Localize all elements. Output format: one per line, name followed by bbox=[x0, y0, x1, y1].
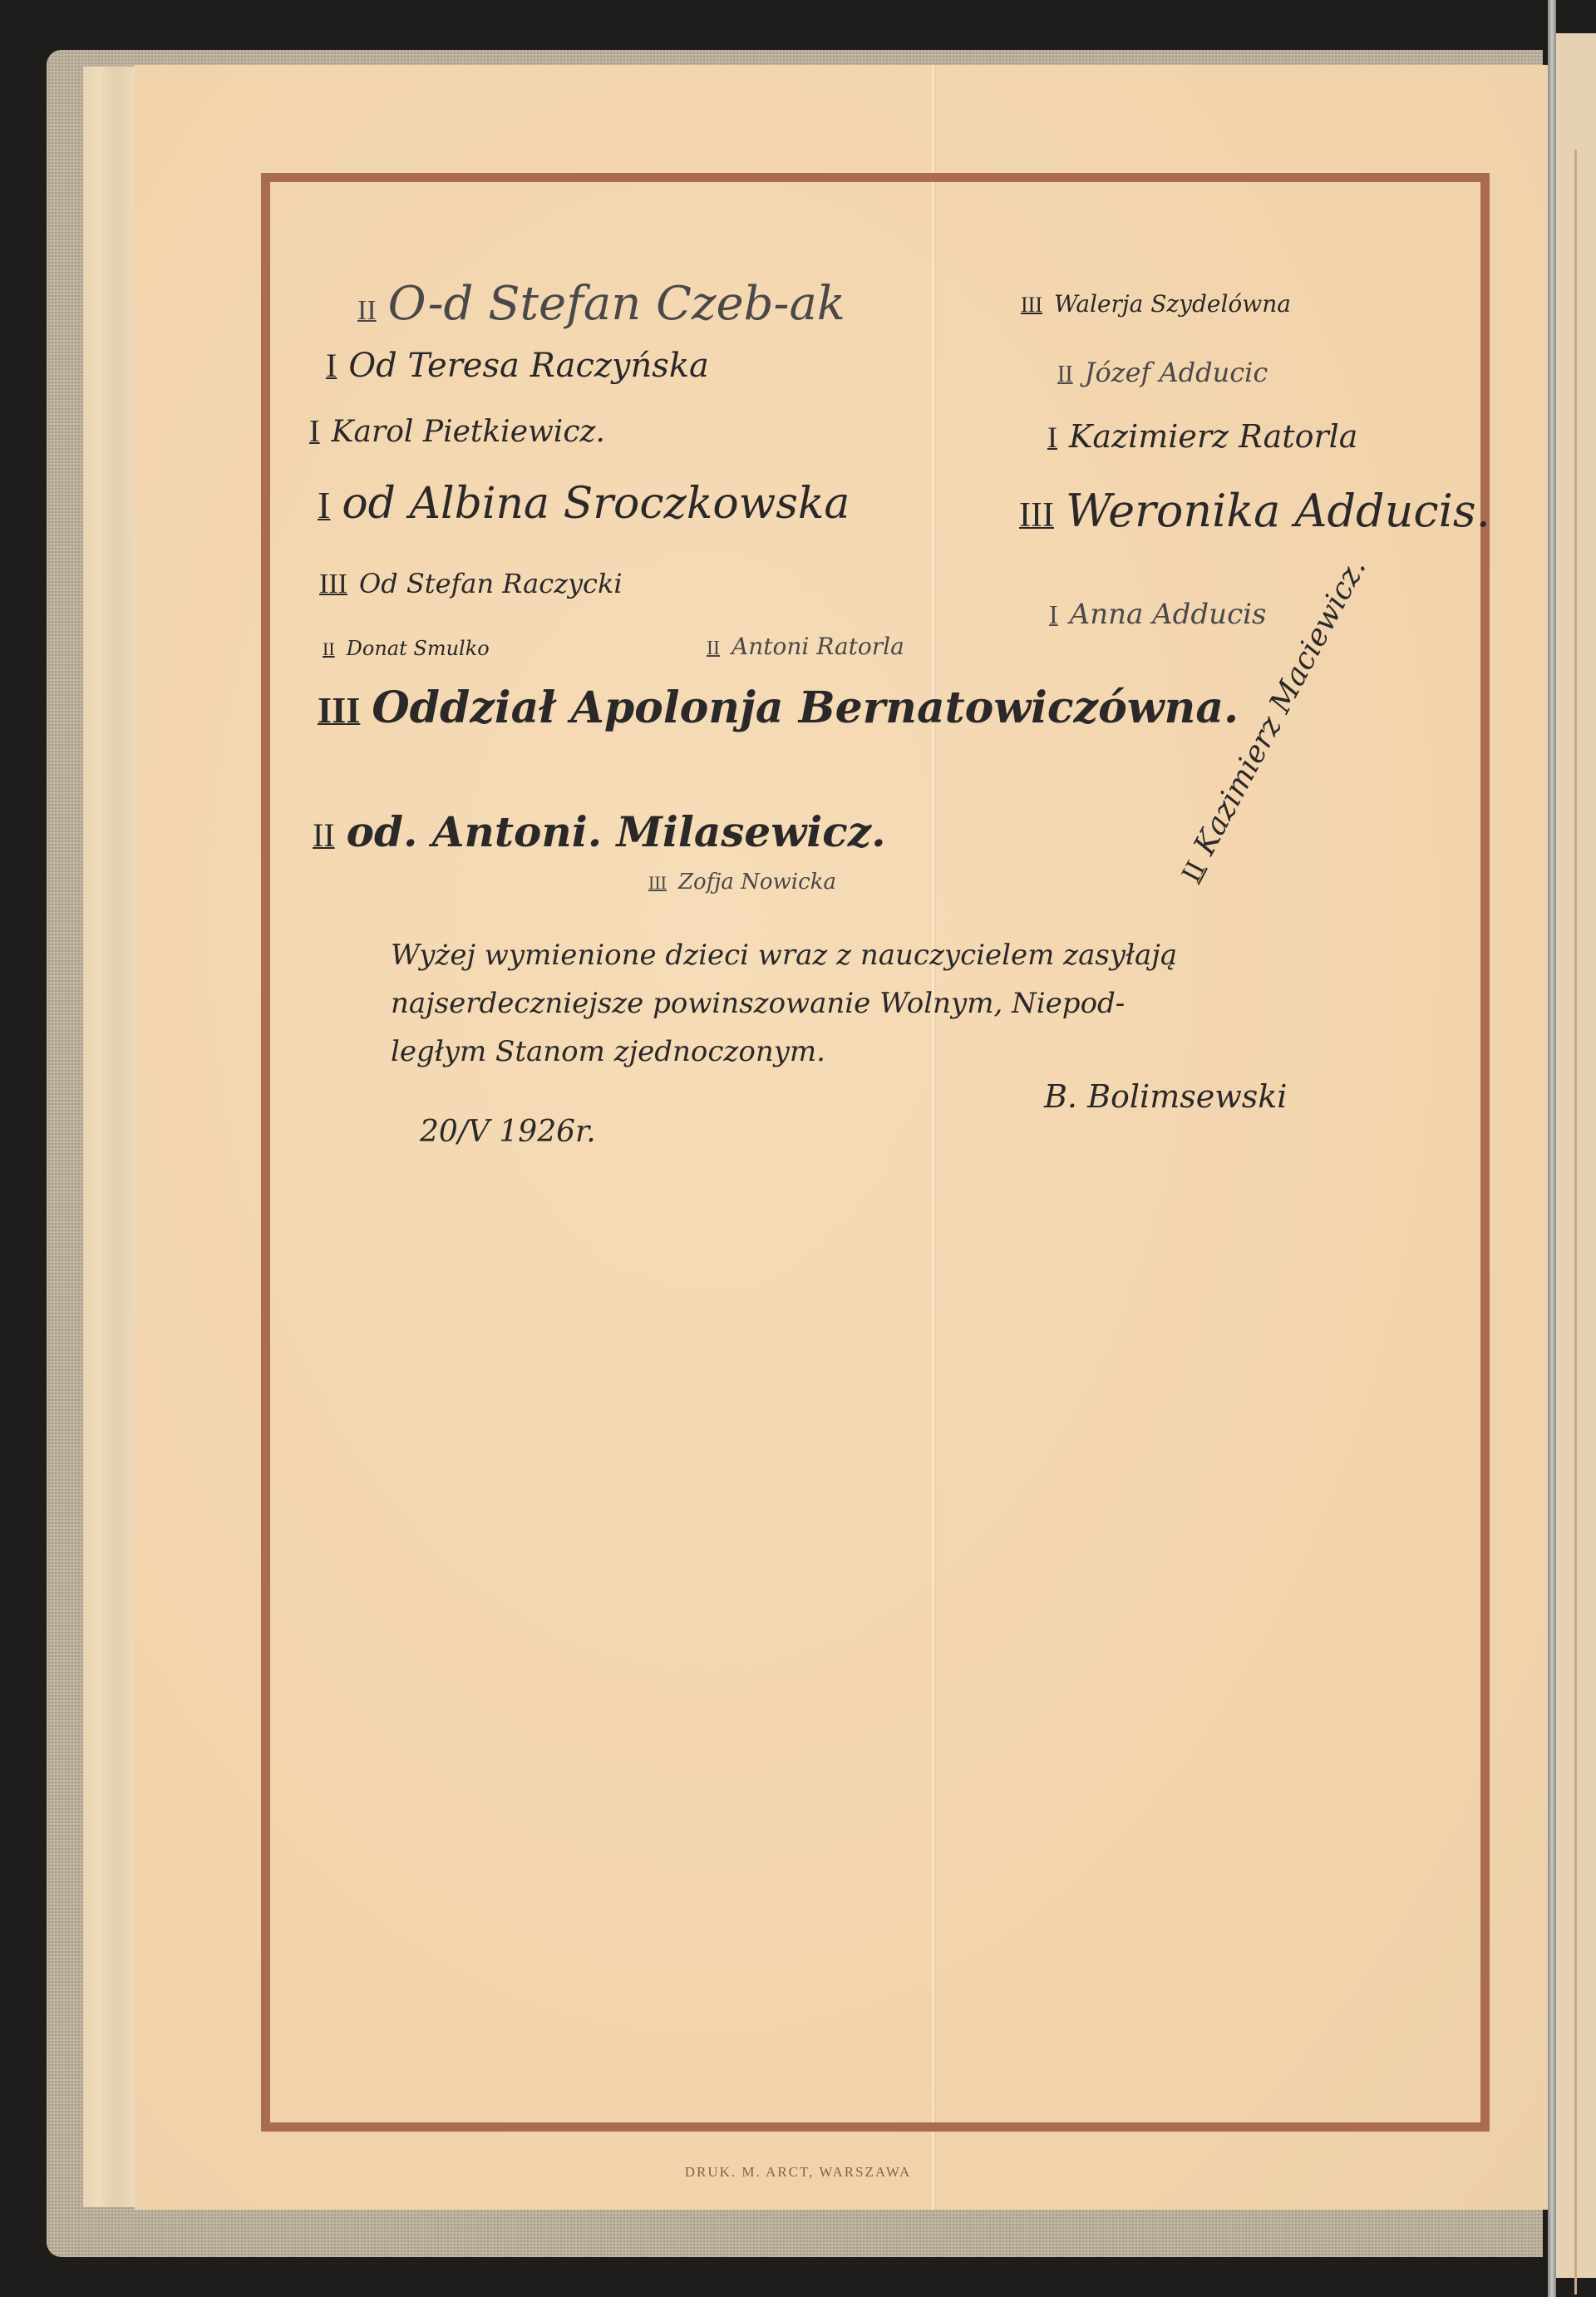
signature-entry: IIIOd Stefan Raczycki bbox=[319, 570, 623, 599]
greeting-message: Wyżej wymienione dzieci wraz z nauczycie… bbox=[391, 931, 1488, 1076]
teacher-signature: B. Bolimsewski bbox=[1044, 1081, 1287, 1112]
signature-entry: IKarol Pietkiewicz. bbox=[309, 416, 605, 447]
signature-entry: IKazimierz Ratorla bbox=[1047, 421, 1357, 452]
date: 20/V 1926r. bbox=[420, 1117, 596, 1147]
page-edges bbox=[83, 67, 137, 2207]
signature-entry: IIIOddział Apolonja Bernatowiczówna. bbox=[318, 687, 1239, 730]
message-line: najserdeczniejsze powinszowanie Wolnym, … bbox=[391, 979, 1488, 1028]
book-gutter bbox=[1548, 0, 1556, 2297]
signature-entry: IAnna Adducis bbox=[1049, 600, 1266, 628]
signature-entry: IIJózef Adducic bbox=[1057, 359, 1268, 387]
signature-entry: IOd Teresa Raczyńska bbox=[326, 349, 709, 382]
signature-entry: IIIZofja Nowicka bbox=[648, 871, 836, 893]
decorative-border-frame bbox=[261, 173, 1490, 2132]
facing-page-frame bbox=[1574, 150, 1596, 2295]
printer-imprint: DRUK. M. ARCT, WARSZAWA bbox=[0, 2164, 1596, 2181]
signature-entry: IIAntoni Ratorla bbox=[707, 635, 904, 658]
signature-entry: IIod. Antoni. Milasewicz. bbox=[313, 811, 886, 853]
signature-entry: IIIWeronika Adducis. bbox=[1019, 489, 1490, 534]
signature-entry: IIO-d Stefan Czeb-ak bbox=[357, 281, 845, 328]
message-line: Wyżej wymienione dzieci wraz z nauczycie… bbox=[391, 931, 1488, 979]
signature-entry: IIIWalerja Szydelówna bbox=[1021, 293, 1291, 316]
signature-entry: IIDonat Smulko bbox=[323, 638, 490, 658]
signature-entry: Iod Albina Sroczkowska bbox=[318, 482, 850, 525]
message-line: ległym Stanom zjednoczonym. bbox=[391, 1028, 1488, 1076]
